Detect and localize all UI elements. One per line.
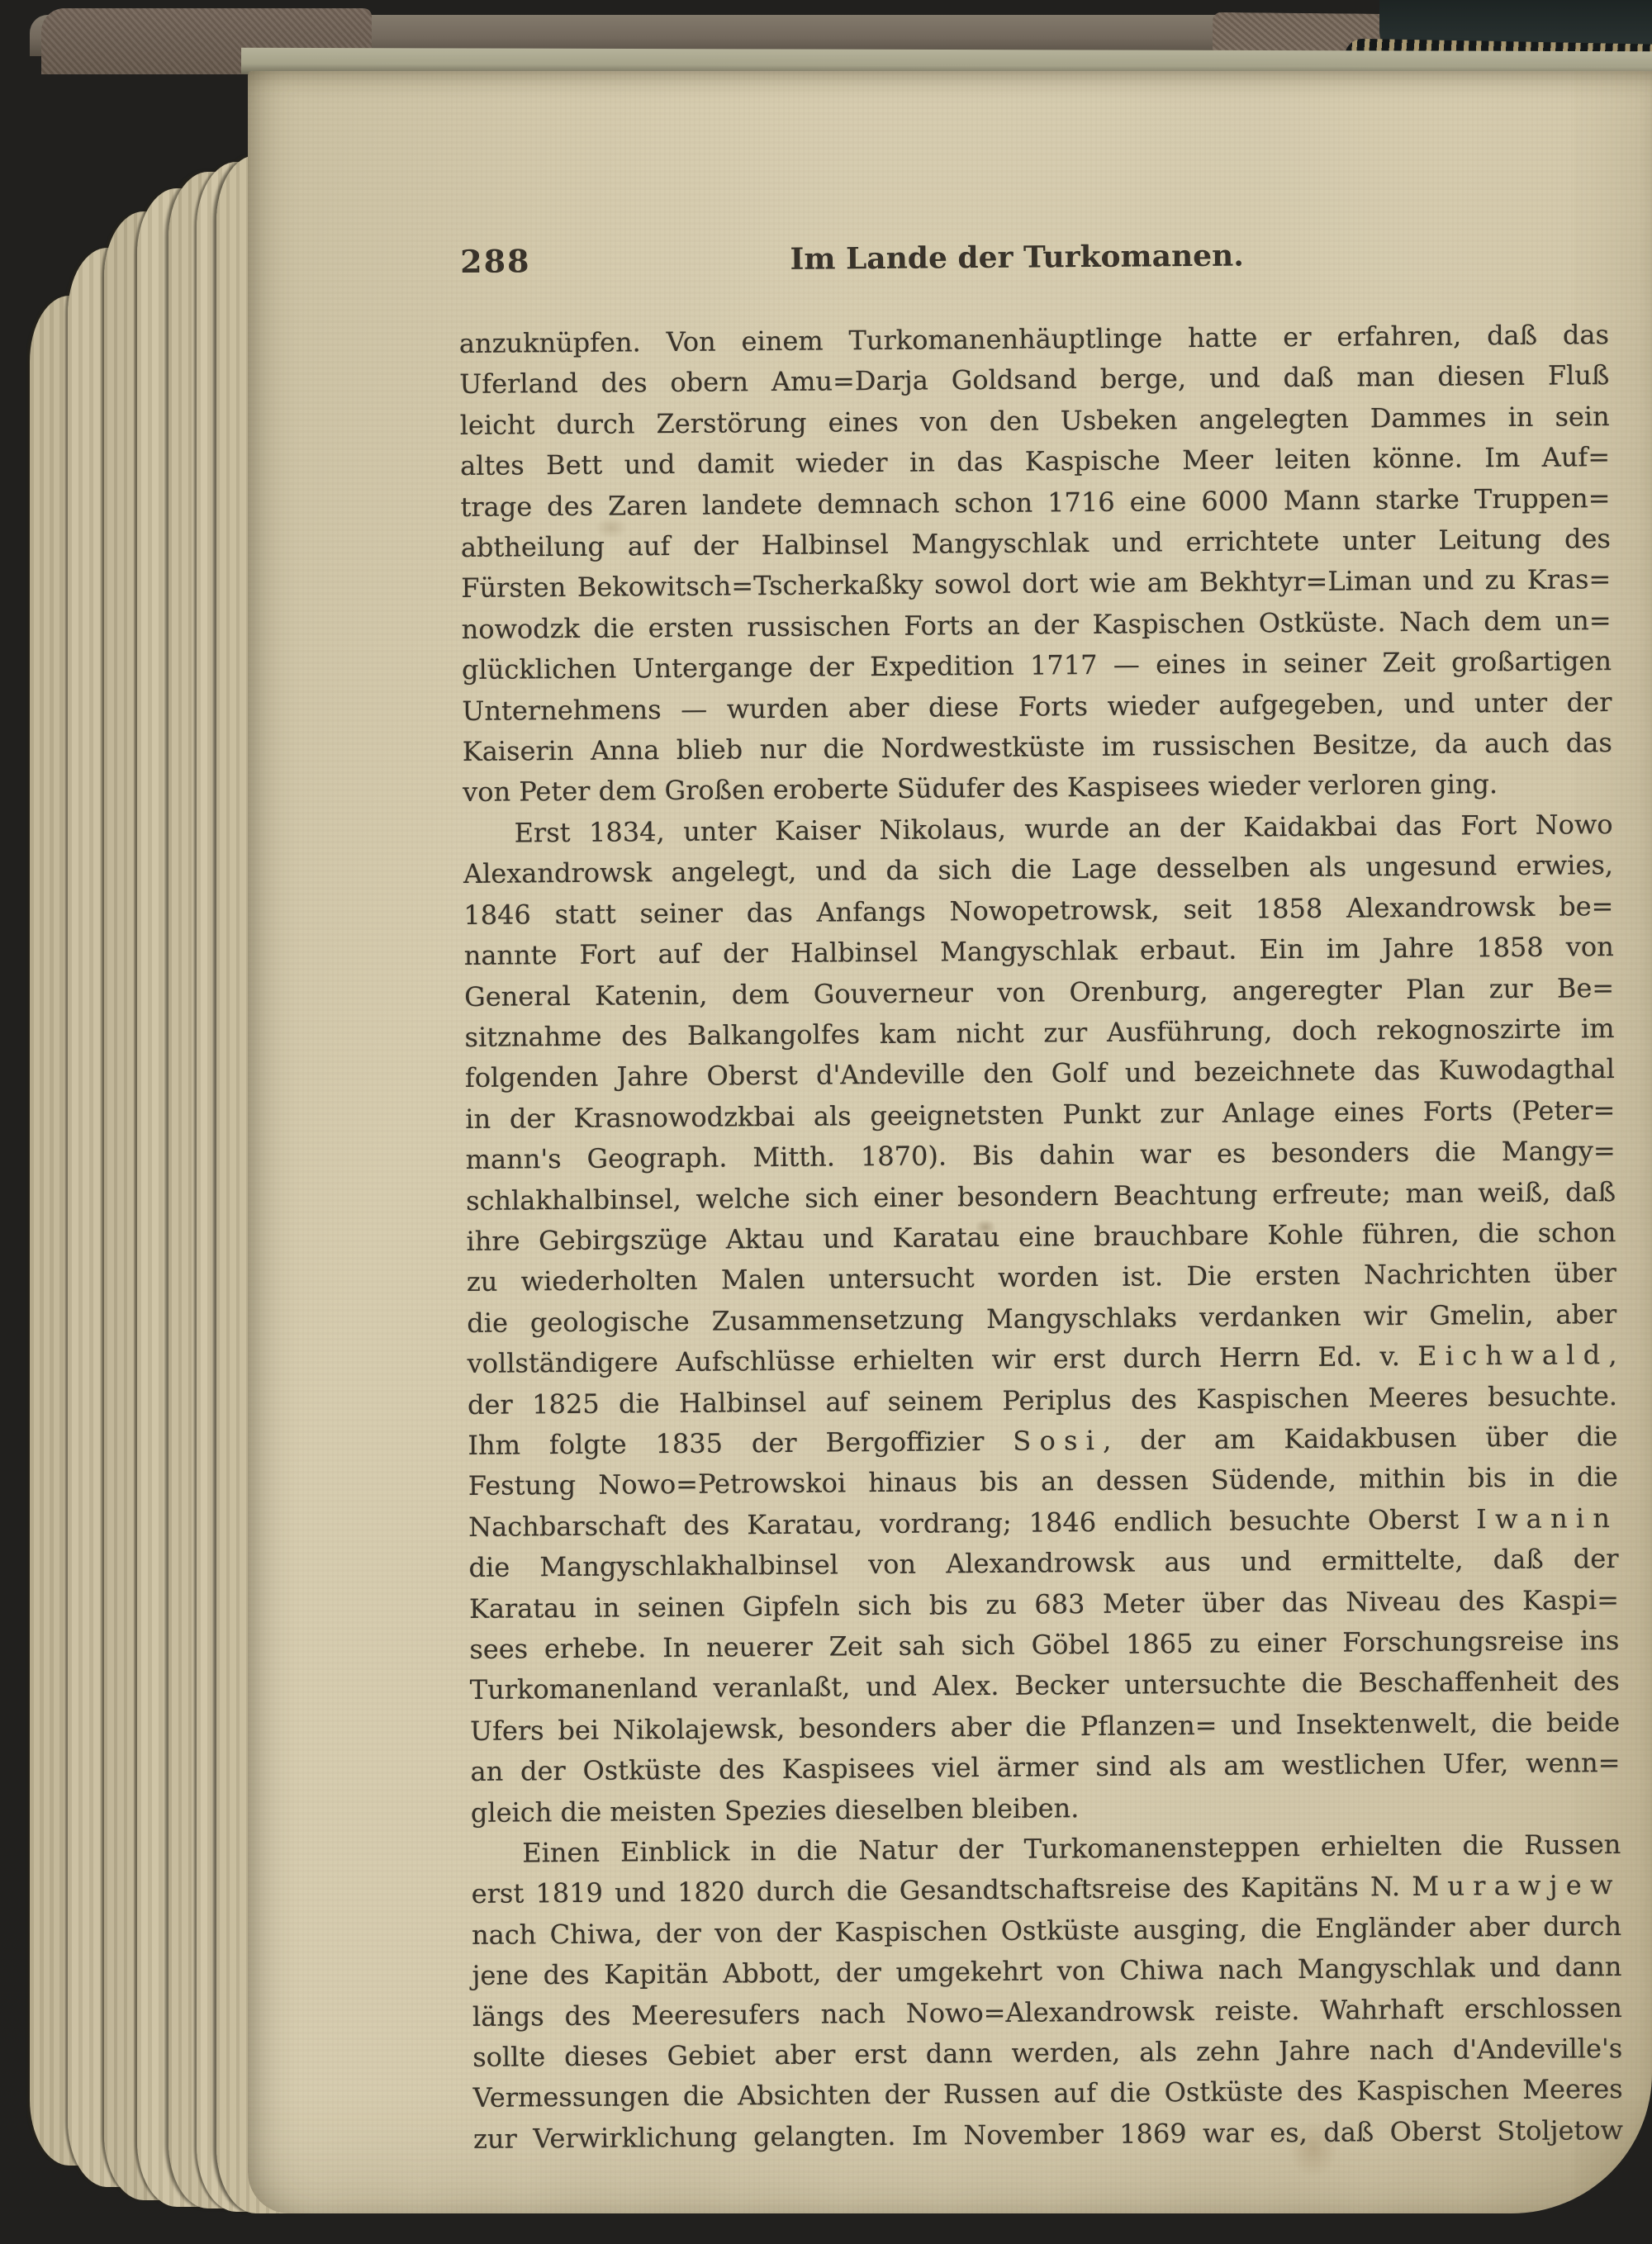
printed-content: 288 Im Lande der Turkomanen. anzuknüpfen… xyxy=(458,234,1623,2160)
letterspaced-name: Sosi xyxy=(1013,1425,1103,1457)
paragraph: anzuknüpfen. Von einem Turkomanenhäuptli… xyxy=(459,315,1613,814)
book-photo: 288 Im Lande der Turkomanen. anzuknüpfen… xyxy=(0,0,1652,2244)
paragraph: Einen Einblick in die Natur der Turkoman… xyxy=(471,1824,1623,2160)
letterspaced-name: Murawjew xyxy=(1412,1869,1621,1902)
text-line: zur Verwirklichung gelangten. Im Novembe… xyxy=(473,2110,1623,2160)
letterspaced-name: Eichwald xyxy=(1417,1339,1609,1372)
paragraph: Erst 1834, unter Kaiser Nikolaus, wurde … xyxy=(463,804,1621,1834)
letterspaced-name: Iwanin xyxy=(1476,1502,1618,1535)
page-header: 288 Im Lande der Turkomanen. xyxy=(458,234,1608,281)
body-text: anzuknüpfen. Von einem Turkomanenhäuptli… xyxy=(459,315,1623,2160)
book-page: 288 Im Lande der Turkomanen. anzuknüpfen… xyxy=(248,71,1652,2213)
running-title: Im Lande der Turkomanen. xyxy=(458,235,1575,279)
